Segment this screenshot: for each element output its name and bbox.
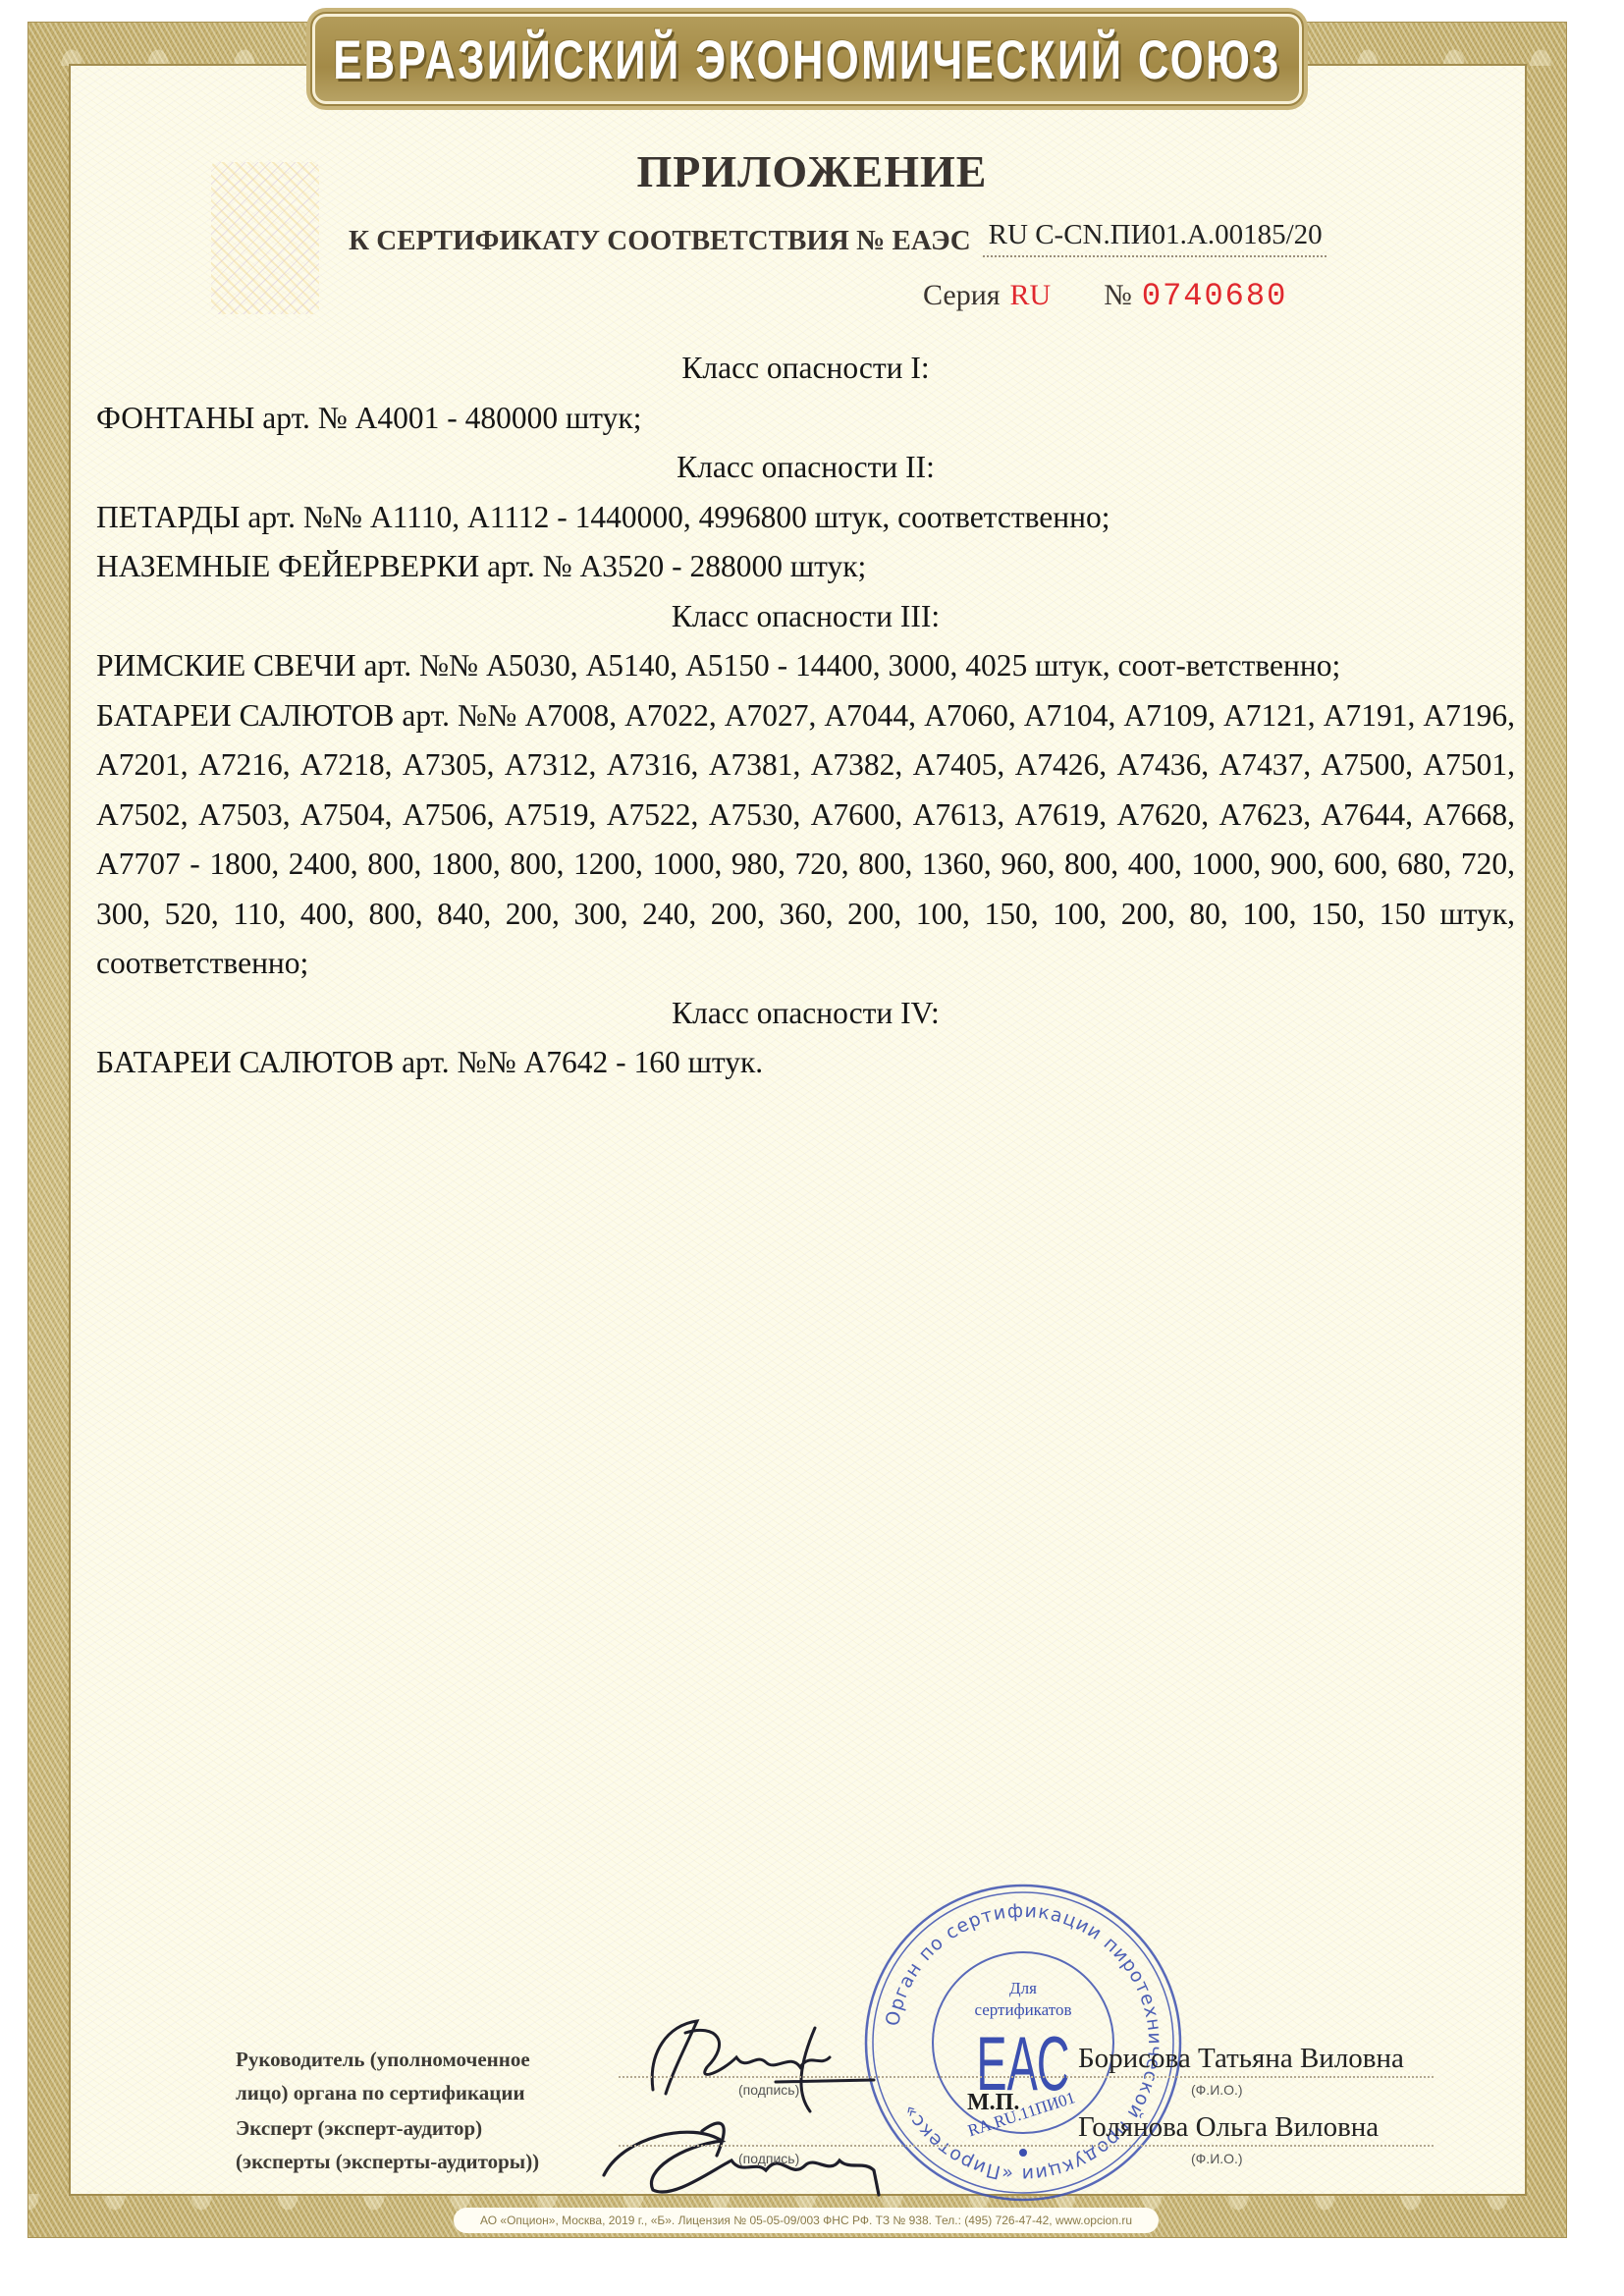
- certificate-number: RU C-CN.ПИ01.А.00185/20: [983, 220, 1326, 257]
- expert-signature-caption: (подпись): [738, 2151, 799, 2166]
- head-signature-line: [619, 2076, 1434, 2078]
- head-signature-caption: (подпись): [738, 2082, 799, 2098]
- product-entry: БАТАРЕИ САЛЮТОВ арт. №№ А7008, А7022, А7…: [96, 691, 1515, 989]
- seal-place-label: М.П.: [967, 2090, 1019, 2116]
- product-entry: ФОНТАНЫ арт. № А4001 - 480000 штук;: [96, 394, 1515, 444]
- series-value: RU: [1010, 279, 1052, 312]
- product-entry: НАЗЕМНЫЕ ФЕЙЕРВЕРКИ арт. № А3520 - 28800…: [96, 542, 1515, 592]
- hazard-class-heading: Класс опасности I:: [96, 344, 1515, 394]
- banner-title: ЕВРАЗИЙСКИЙ ЭКОНОМИЧЕСКИЙ СОЮЗ: [333, 27, 1281, 91]
- certificate-reference: К СЕРТИФИКАТУ СООТВЕТСТВИЯ № ЕАЭС RU C-C…: [349, 220, 1326, 257]
- product-entry: РИМСКИЕ СВЕЧИ арт. №№ А5030, А5140, А515…: [96, 641, 1515, 691]
- page-title: ПРИЛОЖЕНИЕ: [0, 145, 1624, 197]
- document-body: Класс опасности I: ФОНТАНЫ арт. № А4001 …: [96, 344, 1515, 1088]
- number-label: №: [1104, 279, 1132, 312]
- expert-name-caption: (Ф.И.О.): [1191, 2151, 1243, 2166]
- hazard-class-heading: Класс опасности III:: [96, 592, 1515, 642]
- series-number-line: Серия RU № 0740680: [923, 278, 1287, 314]
- header-banner: ЕВРАЗИЙСКИЙ ЭКОНОМИЧЕСКИЙ СОЮЗ: [312, 14, 1302, 104]
- expert-label: Эксперт (эксперт-аудитор) (эксперты (экс…: [236, 2111, 539, 2178]
- form-number: 0740680: [1142, 278, 1287, 314]
- expert-name: Голянова Ольга Виловна: [1078, 2111, 1379, 2144]
- product-entry: БАТАРЕИ САЛЮТОВ арт. №№ А7642 - 160 штук…: [96, 1038, 1515, 1088]
- stamp-center-line-1: Для: [1009, 1979, 1037, 1997]
- product-entry: ПЕТАРДЫ арт. №№ А1110, А1112 - 1440000, …: [96, 493, 1515, 543]
- series-label: Серия: [923, 279, 1001, 312]
- expert-signature-line: [619, 2145, 1434, 2147]
- stamp-center-line-2: сертификатов: [974, 2000, 1071, 2019]
- hazard-class-heading: Класс опасности II:: [96, 443, 1515, 493]
- head-name-caption: (Ф.И.О.): [1191, 2082, 1243, 2098]
- hazard-class-heading: Класс опасности IV:: [96, 989, 1515, 1039]
- head-label: Руководитель (уполномоченное лицо) орган…: [236, 2043, 530, 2109]
- certificate-label: К СЕРТИФИКАТУ СООТВЕТСТВИЯ № ЕАЭС: [349, 225, 971, 257]
- printer-imprint: АО «Опцион», Москва, 2019 г., «Б». Лицен…: [454, 2208, 1159, 2233]
- head-name: Борисова Татьяна Виловна: [1078, 2043, 1404, 2075]
